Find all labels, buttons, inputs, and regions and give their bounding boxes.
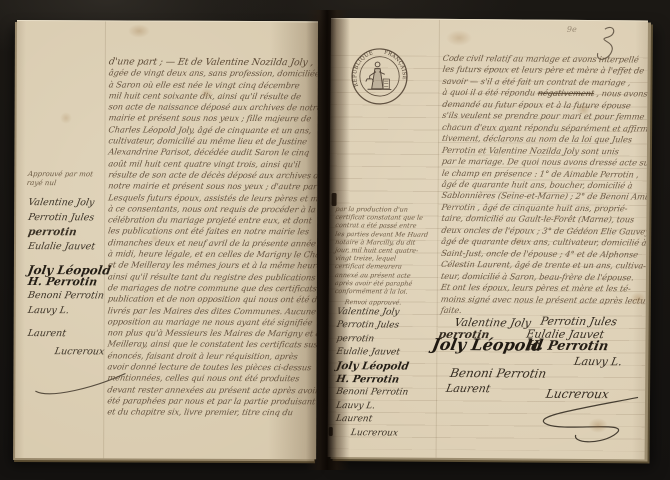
svg-text:RÉPUBLIQUE: RÉPUBLIQUE — [350, 50, 374, 88]
manuscript-line: et du chapitre six, livre premier, titre… — [106, 407, 318, 419]
signature: Benoni Perrotin — [449, 366, 548, 381]
signature: Valentine Joly — [336, 306, 442, 320]
manuscript-line: Lesquels futurs époux, assistés de leurs… — [107, 192, 318, 204]
right-margin-signatures: Valentine JolyPerrotin JulesperrotinEula… — [336, 306, 441, 441]
signature-block: Valentine JolyPerrotin JulesperrotinEula… — [331, 19, 648, 21]
manuscript-line: les publications ont été faites en notre… — [107, 226, 318, 238]
text-block: demandé au futur époux et à la future ép… — [441, 99, 645, 318]
manuscript-line: mairie et présent sous nos yeux ; fille … — [108, 113, 318, 125]
right-page: RÉPUBLIQUE FRANÇAISE 9e Code — [328, 18, 648, 459]
left-page-text: d'une part ; — Et de Valentine Nozilda J… — [107, 56, 318, 418]
signature: Eulalie Jauvet — [335, 346, 441, 360]
manuscript-line: âgée de vingt deux ans, sans profession,… — [108, 68, 318, 80]
margin-annotation: Approuvé par motrayé nul — [26, 169, 120, 188]
line-fragment: à quoi il a été répondu — [442, 87, 539, 98]
signature: Perrotin Jules — [539, 315, 618, 329]
manuscript-line: Alexandrine Parisot, décédée audit Saron… — [108, 147, 318, 159]
manuscript-line: devant rester annexées au présent acte a… — [107, 384, 318, 396]
ink-blot — [329, 427, 333, 436]
manuscript-line: Et ont les époux, leurs pères et mère et… — [440, 282, 644, 295]
manuscript-line: Meilleray, ainsi que le constatent les c… — [107, 339, 318, 351]
margin-annotation-line: rayé nul — [26, 178, 119, 188]
margin-note: par la production d'uncertificat constat… — [335, 205, 440, 307]
signature: Lucreroux — [545, 387, 610, 401]
manuscript-line: publication et de non opposition qui nou… — [107, 294, 318, 306]
right-page-text: Code civil relatif au mariage et avons i… — [441, 53, 645, 318]
signature: Perrotin Jules — [335, 319, 441, 333]
marianne-figure — [366, 62, 392, 89]
manuscript-line: Célestin Laurent, âgé de trente et un an… — [440, 259, 644, 272]
margin-note-line: conformément à la loi. — [334, 287, 439, 296]
signature: Lauvy L. — [573, 355, 623, 368]
manuscript-line: ainsi qu'il résulte tant du registre des… — [107, 271, 318, 283]
republique-francaise-seal-icon: RÉPUBLIQUE FRANÇAISE — [350, 47, 408, 105]
seal-text-left: RÉPUBLIQUE — [350, 50, 374, 88]
margin-note-line: contrat a été passé entre — [335, 221, 440, 230]
manuscript-line: dimanches deux et neuf avril de la prése… — [107, 237, 318, 249]
signature: Laurent — [335, 413, 441, 427]
manuscript-line: énoncés, faisant droit à leur réquisitio… — [107, 350, 318, 362]
signature: Joly Léopold — [335, 360, 441, 374]
signature: Laurent — [445, 382, 492, 395]
margin-note-line: certificat demeurera — [335, 262, 440, 271]
signature: Benoni Perrotin — [335, 386, 441, 400]
manuscript-line: mentionnées, celles qui nous ont été pro… — [107, 373, 318, 385]
manuscript-line: août mil huit cent quatre vingt trois, a… — [108, 158, 318, 170]
folio-number: 9e — [567, 25, 577, 34]
manuscript-line: par le mariage. De quoi nous avons dress… — [441, 156, 645, 169]
signature: H. Perrotin — [525, 339, 610, 355]
left-page: Approuvé par motrayé nul Valentine JolyP… — [15, 20, 318, 459]
line-fragment: , nous avons — [593, 88, 648, 98]
text-block: Code civil relatif au mariage et avons i… — [442, 53, 644, 89]
manuscript-line: et de Meilleray les mêmes jours et à la … — [107, 260, 318, 272]
margin-annotation-line: Approuvé par mot — [27, 169, 120, 179]
register-spread-photo: Approuvé par motrayé nul Valentine JolyP… — [0, 0, 670, 480]
manuscript-line: livrés par les Maires des dites Communes… — [107, 305, 318, 317]
signature: perrotin — [335, 333, 441, 347]
signature: Lucreroux — [350, 427, 441, 441]
signature: Lauvy L. — [335, 400, 441, 414]
manuscript-line: à Saron où elle est née le vingt cinq dé… — [108, 79, 318, 91]
signature: H. Perrotin — [335, 373, 441, 387]
manuscript-line: notre mairie et présent sous nos yeux ; … — [107, 181, 318, 193]
struck-word: négativement — [537, 88, 595, 98]
